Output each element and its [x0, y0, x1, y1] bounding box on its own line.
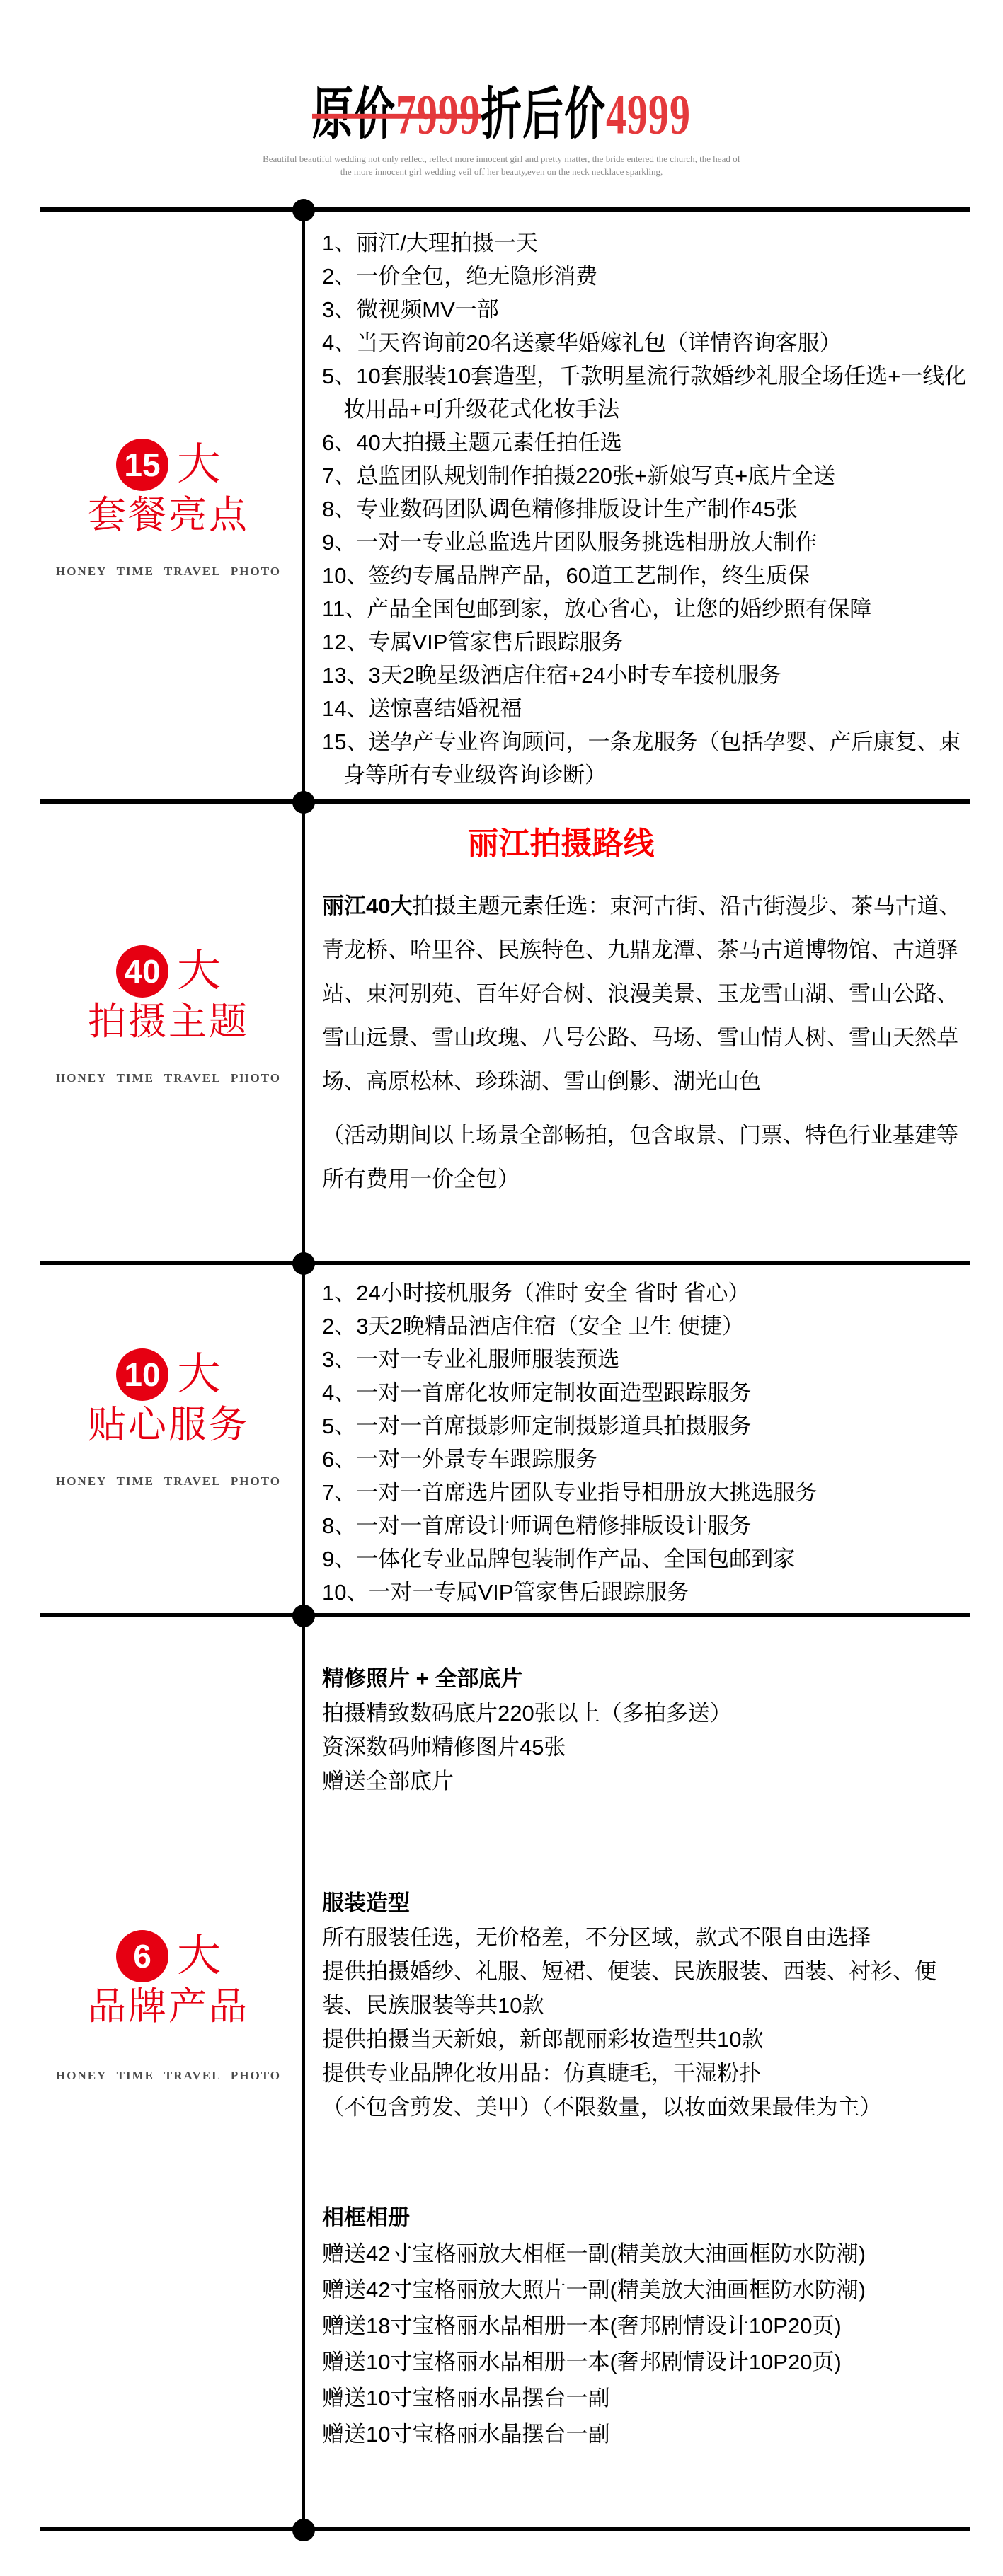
section-header-products: 6 大 品牌产品 HONEY TIME TRAVEL PHOTO [41, 1930, 296, 2083]
service-item: 10、一对一专属VIP管家售后跟踪服务 [322, 1576, 970, 1609]
section-title: 品牌产品 [41, 1985, 296, 2028]
original-price-label: 原价 [312, 83, 396, 146]
service-item: 7、一对一首席选片团队专业指导相册放大挑选服务 [322, 1476, 970, 1509]
service-item: 1、24小时接机服务（准时 安全 省时 省心） [322, 1276, 970, 1310]
product-line: 赠送10寸宝格丽水晶摆台一副 [322, 2416, 970, 2452]
promo-page: 原价7999折后价4999 Beautiful beautiful weddin… [0, 0, 1003, 2576]
product-line: 赠送42寸宝格丽放大相框一副(精美放大油画框防水防潮) [322, 2236, 970, 2272]
junction-dot-1 [292, 199, 315, 221]
product-line: 拍摄精致数码底片220张以上（多拍多送） [322, 1697, 970, 1731]
junction-dot-4 [292, 1605, 315, 1627]
badge-row: 40 大 [41, 945, 296, 998]
themes-note: （活动期间以上场景全部畅拍，包含取景、门票、特色行业基建等所有费用一价全包） [322, 1114, 970, 1201]
original-price-strike: 原价7999 [312, 83, 481, 146]
block-heading: 精修照片 + 全部底片 [322, 1661, 970, 1697]
sale-price-label: 折后价 [481, 83, 606, 146]
subtitle-line-1: Beautiful beautiful wedding not only ref… [0, 153, 1003, 166]
badge-row: 15 大 [41, 439, 296, 491]
badge-number: 15 [124, 446, 160, 484]
section-header-themes: 40 大 拍摄主题 HONEY TIME TRAVEL PHOTO [41, 945, 296, 1085]
product-line: 赠送18寸宝格丽水晶相册一本(奢邦剧情设计10P20页) [322, 2308, 970, 2344]
section-title: 拍摄主题 [41, 1000, 296, 1043]
product-line: 赠送10寸宝格丽水晶相册一本(奢邦剧情设计10P20页) [322, 2344, 970, 2380]
products-block-frames: 相框相册 赠送42寸宝格丽放大相框一副(精美放大油画框防水防潮)赠送42寸宝格丽… [322, 2200, 970, 2452]
highlight-item: 8、专业数码团队调色精修排版设计生产制作45张 [322, 492, 970, 526]
section-title: 贴心服务 [41, 1404, 296, 1446]
highlight-item: 1、丽江/大理拍摄一天 [322, 226, 970, 260]
brand-watermark: HONEY TIME TRAVEL PHOTO [41, 1071, 296, 1085]
original-price-value: 7999 [396, 83, 481, 146]
divider-3 [40, 1261, 970, 1265]
themes-body: 丽江40大拍摄主题元素任选：束河古街、沿古街漫步、茶马古道、青龙桥、哈里谷、民族… [322, 884, 970, 1201]
brand-watermark: HONEY TIME TRAVEL PHOTO [41, 2069, 296, 2083]
products-block-costume: 服装造型 所有服装任选，无价格差，不分区域，款式不限自由选择提供拍摄婚纱、礼服、… [322, 1885, 970, 2125]
badge-circle-icon: 40 [116, 945, 168, 998]
highlight-item: 6、40大拍摄主题元素任拍任选 [322, 426, 970, 459]
divider-top [40, 207, 970, 212]
badge-circle-icon: 10 [116, 1348, 168, 1401]
product-line: 赠送42寸宝格丽放大照片一副(精美放大油画框防水防潮) [322, 2272, 970, 2308]
badge-circle-icon: 6 [116, 1930, 168, 1982]
service-item: 6、一对一外景专车跟踪服务 [322, 1443, 970, 1476]
block-lines: 所有服装任选，无价格差，不分区域，款式不限自由选择提供拍摄婚纱、礼服、短裙、便装… [322, 1921, 970, 2125]
themes-paragraph-lead: 丽江40大 [322, 894, 412, 918]
route-title: 丽江拍摄路线 [322, 826, 800, 862]
highlight-item: 11、产品全国包邮到家，放心省心，让您的婚纱照有保障 [322, 592, 970, 625]
themes-paragraph: 丽江40大拍摄主题元素任选：束河古街、沿古街漫步、茶马古道、青龙桥、哈里谷、民族… [322, 884, 970, 1104]
brand-watermark: HONEY TIME TRAVEL PHOTO [41, 1474, 296, 1489]
highlight-item: 7、总监团队规划制作拍摄220张+新娘写真+底片全送 [322, 459, 970, 492]
highlight-item: 5、10套服装10套造型，千款明星流行款婚纱礼服全场任选+一线化妆用品+可升级花… [322, 359, 970, 426]
brand-watermark: HONEY TIME TRAVEL PHOTO [41, 565, 296, 579]
badge-number: 6 [133, 1937, 151, 1975]
highlight-item: 12、专属VIP管家售后跟踪服务 [322, 625, 970, 659]
section-header-highlights: 15 大 套餐亮点 HONEY TIME TRAVEL PHOTO [41, 439, 296, 579]
block-heading: 服装造型 [322, 1885, 970, 1921]
product-line: 资深数码师精修图片45张 [322, 1731, 970, 1764]
product-line: 提供拍摄当天新娘，新郎靓丽彩妆造型共10款 [322, 2023, 970, 2057]
service-item: 3、一对一专业礼服师服装预选 [322, 1343, 970, 1376]
product-line: 提供拍摄婚纱、礼服、短裙、便装、民族服装、西装、衬衫、便装、民族服装等共10款 [322, 1955, 970, 2023]
service-item: 2、3天2晚精品酒店住宿（安全 卫生 便捷） [322, 1310, 970, 1343]
services-list: 1、24小时接机服务（准时 安全 省时 省心）2、3天2晚精品酒店住宿（安全 卫… [322, 1276, 970, 1609]
product-line: 提供专业品牌化妆用品：仿真睫毛，干湿粉扑 [322, 2057, 970, 2091]
badge-unit: 大 [177, 1348, 221, 1401]
divider-bottom [40, 2527, 970, 2531]
junction-dot-3 [292, 1252, 315, 1275]
service-item: 9、一体化专业品牌包装制作产品、全国包邮到家 [322, 1542, 970, 1576]
badge-circle-icon: 15 [116, 439, 168, 491]
themes-paragraph-text: 拍摄主题元素任选：束河古街、沿古街漫步、茶马古道、青龙桥、哈里谷、民族特色、九鼎… [322, 894, 961, 1094]
highlight-item: 2、一价全包，绝无隐形消费 [322, 260, 970, 293]
highlight-item: 15、送孕产专业咨询顾问，一条龙服务（包括孕婴、产后康复、束身等所有专业级咨询诊… [322, 725, 970, 792]
block-lines: 赠送42寸宝格丽放大相框一副(精美放大油画框防水防潮)赠送42寸宝格丽放大照片一… [322, 2236, 970, 2452]
product-line: 所有服装任选，无价格差，不分区域，款式不限自由选择 [322, 1921, 970, 1955]
highlight-item: 10、签约专属品牌产品，60道工艺制作，终生质保 [322, 559, 970, 592]
subtitle-line-2: the more innocent girl wedding veil off … [0, 166, 1003, 178]
divider-2 [40, 799, 970, 804]
badge-row: 10 大 [41, 1348, 296, 1401]
product-line: （不包含剪发、美甲）（不限数量，以妆面效果最佳为主） [322, 2091, 970, 2125]
badge-number: 40 [124, 952, 160, 990]
service-item: 4、一对一首席化妆师定制妆面造型跟踪服务 [322, 1376, 970, 1409]
block-lines: 拍摄精致数码底片220张以上（多拍多送）资深数码师精修图片45张赠送全部底片 [322, 1697, 970, 1798]
badge-number: 10 [124, 1356, 160, 1394]
section-header-services: 10 大 贴心服务 HONEY TIME TRAVEL PHOTO [41, 1348, 296, 1489]
price-title: 原价7999折后价4999 [0, 68, 1003, 150]
highlight-item: 4、当天咨询前20名送豪华婚嫁礼包（详情咨询客服） [322, 326, 970, 359]
product-line: 赠送全部底片 [322, 1764, 970, 1798]
column-divider [302, 209, 305, 2531]
highlight-item: 13、3天2晚星级酒店住宿+24小时专车接机服务 [322, 659, 970, 692]
badge-unit: 大 [177, 1930, 221, 1982]
badge-row: 6 大 [41, 1930, 296, 1982]
english-subtitle: Beautiful beautiful wedding not only ref… [0, 153, 1003, 178]
highlight-item: 9、一对一专业总监选片团队服务挑选相册放大制作 [322, 526, 970, 559]
badge-unit: 大 [177, 439, 221, 491]
product-line: 赠送10寸宝格丽水晶摆台一副 [322, 2380, 970, 2416]
divider-4 [40, 1613, 970, 1617]
junction-dot-5 [292, 2519, 315, 2541]
highlight-item: 3、微视频MV一部 [322, 293, 970, 326]
service-item: 8、一对一首席设计师调色精修排版设计服务 [322, 1509, 970, 1542]
sale-price-value: 4999 [606, 83, 691, 146]
highlights-list: 1、丽江/大理拍摄一天2、一价全包，绝无隐形消费3、微视频MV一部4、当天咨询前… [322, 226, 970, 792]
badge-unit: 大 [177, 945, 221, 998]
products-block-photos: 精修照片 + 全部底片 拍摄精致数码底片220张以上（多拍多送）资深数码师精修图… [322, 1661, 970, 1798]
section-title: 套餐亮点 [41, 494, 296, 536]
service-item: 5、一对一首席摄影师定制摄影道具拍摄服务 [322, 1409, 970, 1443]
block-heading: 相框相册 [322, 2200, 970, 2236]
highlight-item: 14、送惊喜结婚祝福 [322, 692, 970, 725]
junction-dot-2 [292, 791, 315, 814]
